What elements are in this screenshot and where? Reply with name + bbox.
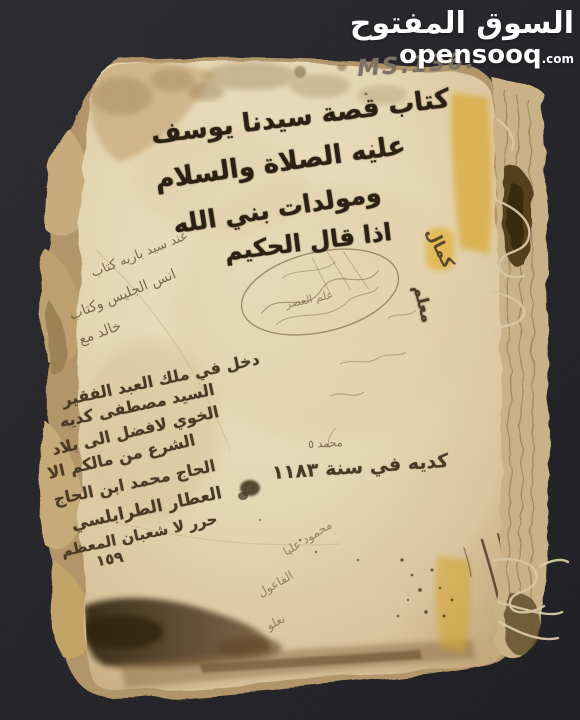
opensooq-logo-arabic: السوق المفتوح [350,6,574,41]
photo-stage: MS.136. السوق المفتوح opensooq.com كتاب … [0,0,580,720]
manuscript-photo [0,0,580,720]
opensooq-logo-latin: opensooq.com [399,40,574,70]
opensooq-wordmark: opensooq [399,40,541,70]
page-stains [60,40,530,720]
opensooq-tld: .com [542,52,574,66]
